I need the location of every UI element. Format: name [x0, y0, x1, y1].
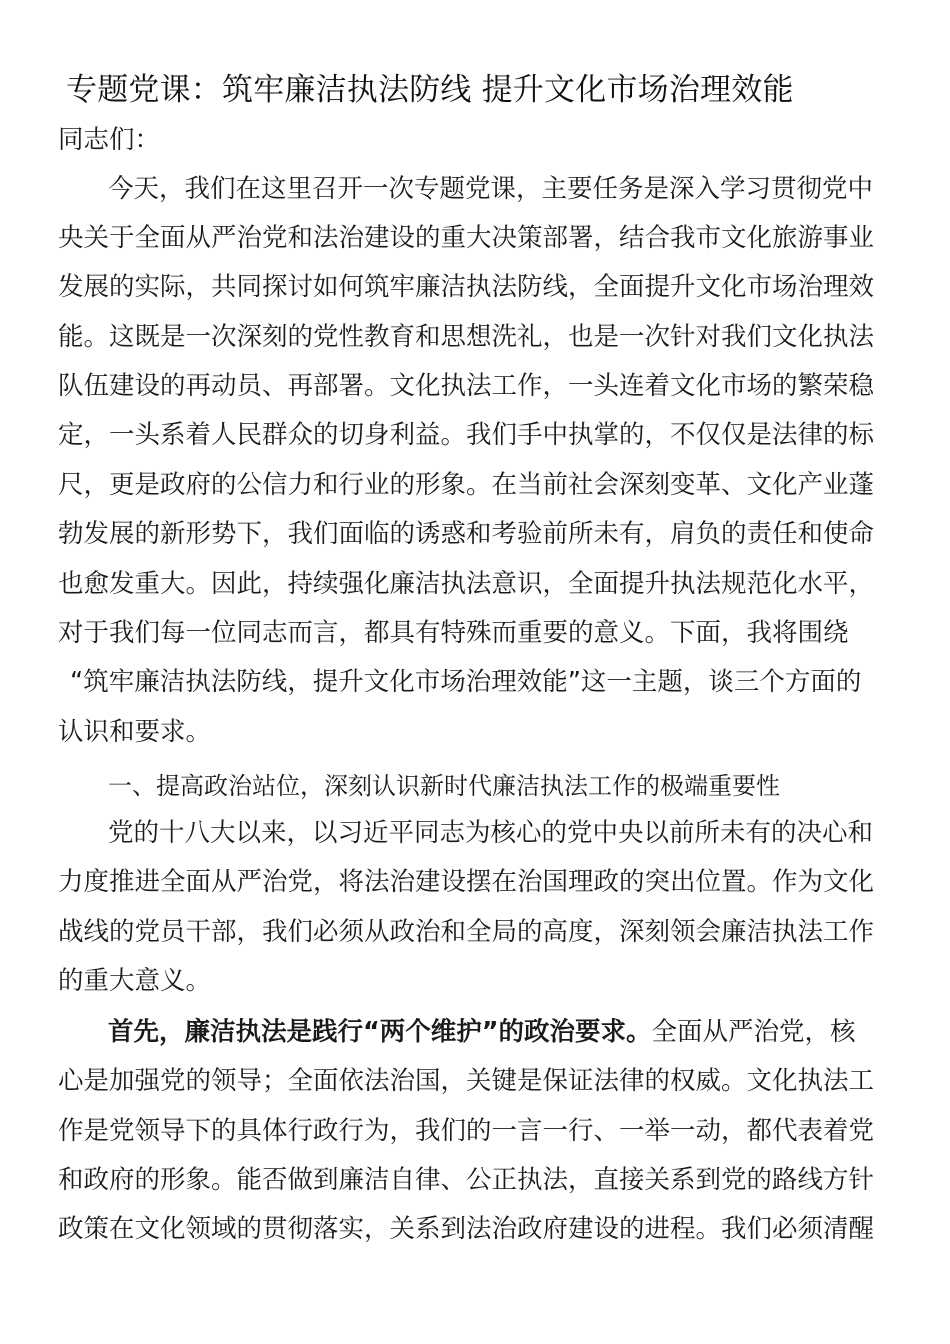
point-1-bold-lead: 首先，廉洁执法是践行“两个维护”的政治要求。	[108, 1017, 652, 1047]
point-1-line-4: 和政府的形象。能否做到廉洁自律、公正执法，直接关系到党的路线方针	[58, 1162, 874, 1198]
salutation: 同志们：	[58, 122, 160, 158]
section-1-line-3: 战线的党员干部，我们必须从政治和全局的高度，深刻领会廉洁执法工作	[58, 914, 874, 950]
intro-line-3: 发展的实际，共同探讨如何筑牢廉洁执法防线，全面提升文化市场治理效	[58, 269, 874, 305]
section-1-line-2: 力度推进全面从严治党，将法治建设摆在治国理政的突出位置。作为文化	[58, 864, 874, 900]
intro-line-12: 认识和要求。	[58, 714, 211, 750]
point-1-line-2: 心是加强党的领导；全面依法治国，关键是保证法律的权威。文化执法工	[58, 1063, 874, 1099]
point-1-first-line-rest: 全面从严治党，核	[652, 1017, 856, 1047]
intro-line-8: 勃发展的新形势下，我们面临的诱惑和考验前所未有，肩负的责任和使命	[58, 516, 874, 552]
intro-line-5: 队伍建设的再动员、再部署。文化执法工作，一头连着文化市场的繁荣稳	[58, 368, 874, 404]
intro-line-11: “筑牢廉洁执法防线，提升文化市场治理效能”这一主题，谈三个方面的	[70, 664, 861, 700]
point-1-line-5: 政策在文化领域的贯彻落实，关系到法治政府建设的进程。我们必须清醒	[58, 1211, 874, 1247]
intro-line-6: 定，一头系着人民群众的切身利益。我们手中执掌的，不仅仅是法律的标	[58, 417, 874, 453]
point-1-line-3: 作是党领导下的具体行政行为，我们的一言一行、一举一动，都代表着党	[58, 1113, 874, 1149]
intro-line-9: 也愈发重大。因此，持续强化廉洁执法意识，全面提升执法规范化水平，	[58, 566, 874, 602]
intro-line-10: 对于我们每一位同志而言，都具有特殊而重要的意义。下面，我将围绕	[58, 615, 849, 651]
intro-line-4: 能。这既是一次深刻的党性教育和思想洗礼，也是一次针对我们文化执法	[58, 319, 874, 355]
document-title: 专题党课：筑牢廉洁执法防线 提升文化市场治理效能	[66, 68, 896, 112]
intro-line-1: 今天，我们在这里召开一次专题党课，主要任务是深入学习贯彻党中	[108, 171, 873, 207]
intro-line-2: 央关于全面从严治党和法治建设的重大决策部署，结合我市文化旅游事业	[58, 220, 874, 256]
point-1-line-1: 首先，廉洁执法是践行“两个维护”的政治要求。全面从严治党，核	[108, 1014, 856, 1050]
section-1-line-4: 的重大意义。	[58, 963, 211, 999]
intro-line-7: 尺，更是政府的公信力和行业的形象。在当前社会深刻变革、文化产业蓬	[58, 467, 874, 503]
document-page: 专题党课：筑牢廉洁执法防线 提升文化市场治理效能 同志们： 今天，我们在这里召开…	[0, 0, 950, 1344]
section-1-heading: 一、提高政治站位，深刻认识新时代廉洁执法工作的极端重要性	[108, 768, 780, 804]
section-1-line-1: 党的十八大以来，以习近平同志为核心的党中央以前所未有的决心和	[108, 815, 873, 851]
